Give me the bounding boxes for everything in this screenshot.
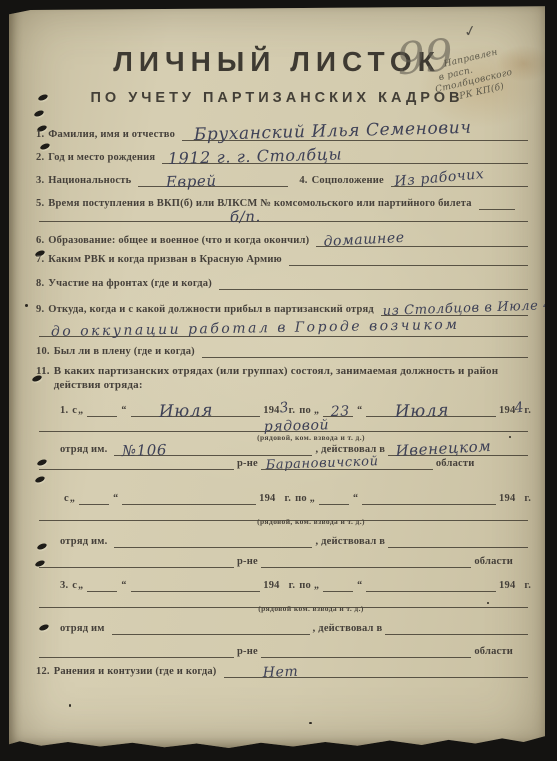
entry-1-year-from-printed: 194 [263, 404, 279, 417]
entry-3-to-word: по [299, 579, 311, 592]
open-quote: „ [78, 579, 83, 592]
entry-3-month-to-line [366, 577, 496, 592]
paper-speck [309, 722, 312, 724]
scanned-form-page: ЛИЧНЫЙ ЛИСТОК ПО УЧЕТУ ПАРТИЗАНСКИХ КАДР… [9, 4, 545, 748]
entry-3-year-from-handwritten [279, 589, 288, 590]
open-quote: „ [78, 404, 83, 417]
entry-1-unit-line: №106 [114, 441, 312, 456]
item-6-handwritten-value: домашнее [324, 232, 406, 249]
entry-3-oblast-label: области [474, 645, 513, 658]
entry-2-district-prefix-line [39, 553, 234, 568]
entry-3-district-label: р-не [237, 645, 258, 658]
item-9-handwritten-value-2: до оккупации работал в Городе возчиком [51, 319, 460, 339]
entry-2-year-to-printed: 194 [499, 492, 515, 505]
entry-2-operated-line [388, 533, 528, 548]
binding-hole [34, 475, 45, 483]
item-10-field-line [202, 343, 528, 358]
entry-2-district-label: р-не [237, 555, 258, 568]
entry-2-operated-label: , действовал в [315, 535, 385, 548]
form-item-7: 7. Каким РВК и когда призван в Красную А… [36, 251, 531, 266]
entry-1-district-prefix-line [39, 455, 234, 470]
entry-2-month-to-line [362, 490, 496, 505]
entry-3-day-from-line [87, 577, 117, 592]
item-10-number: 10. [36, 345, 50, 358]
item-1-field-line: Бруханский Илья Семенович [182, 126, 528, 141]
item-3-label: Национальность [48, 174, 131, 187]
item-4-field-line: Из рабочих [391, 172, 528, 187]
entry-1-day-to-line: 23 [323, 402, 353, 417]
entry-2-district-line [261, 553, 471, 568]
open-quote: „ [310, 492, 315, 505]
entry-3-year-from-suffix: г. [289, 579, 296, 592]
entry-1-oblast-label: области [436, 457, 475, 470]
item-4-label: Соцположение [312, 174, 384, 187]
entry-1-from-word: с [72, 404, 77, 417]
form-item-12: 12. Ранения и контузии (где и когда) Нет [36, 663, 531, 678]
entry-1-month-from-line: Июля [131, 402, 261, 417]
item-4-handwritten-value: Из рабочих [394, 168, 485, 189]
entry-1-operated-line: Ивенецком [388, 441, 528, 456]
entry-2-year-from-suffix: г. [284, 492, 291, 505]
service-entry-2-district: р-не области [36, 553, 531, 568]
service-entry-3-unit: отряд им , действовал в [36, 620, 531, 635]
item-9-field-line-2: до оккупации работал в Городе возчиком [39, 322, 528, 337]
item-4-number: 4. [299, 174, 307, 187]
entry-2-unit-line [114, 533, 312, 548]
entry-3-year-to-suffix: г. [524, 579, 531, 592]
form-item-10: 10. Был ли в плену (где и когда) [36, 343, 531, 358]
entry-1-position-value: рядовой [264, 419, 330, 434]
item-3-field-line: Еврей [138, 172, 288, 187]
entry-2-year-from-printed: 194 [259, 492, 275, 505]
entry-2-year-to-suffix: г. [524, 492, 531, 505]
form-item-8: 8. Участие на фронтах (где и когда) [36, 275, 531, 290]
form-item-11: 11. В каких партизанских отрядах (или гр… [36, 364, 532, 392]
service-entry-1-unit: отряд им. №106 , действовал в Ивенецком [36, 441, 531, 456]
paper-speck [25, 304, 28, 307]
entry-2-to-word: по [295, 492, 307, 505]
close-quote: “ [121, 579, 126, 592]
item-12-handwritten-value: Нет [263, 666, 299, 680]
item-11-label: В каких партизанских отрядах (или группа… [54, 364, 528, 392]
entry-2-month-from-line [122, 490, 256, 505]
entry-3-day-to-line [323, 577, 353, 592]
item-9-label: Откуда, когда и с какой должности прибыл… [48, 303, 374, 316]
entry-3-year-to-handwritten [515, 589, 524, 590]
service-entry-1-dates: 1. с „ “ Июля 1943г. по „ 23 “ Июля 1944… [36, 402, 531, 417]
item-7-label: Каким РВК и когда призван в Красную Арми… [48, 253, 282, 266]
item-8-label: Участие на фронтах (где и когда) [48, 277, 212, 290]
entry-1-to-word: по [299, 404, 311, 417]
item-1-handwritten-value: Бруханский Илья Семенович [194, 122, 472, 142]
entry-3-year-to-printed: 194 [499, 579, 515, 592]
entry-2-day-from-line [79, 490, 109, 505]
entry-1-district-label: р-не [237, 457, 258, 470]
entry-1-month-to-line: Июля [366, 402, 496, 417]
item-10-label: Был ли в плену (где и когда) [54, 345, 195, 358]
form-item-6: 6. Образование: общее и военное (что и к… [36, 232, 531, 247]
service-entry-2-unit: отряд им. , действовал в [36, 533, 531, 548]
entry-1-index: 1. [60, 404, 68, 417]
form-item-2: 2. Год и место рождения 1912 г. г. Столб… [36, 149, 531, 164]
entry-3-index: 3. [60, 579, 68, 592]
form-item-5-continuation: б/п. [36, 207, 531, 222]
item-12-label: Ранения и контузии (где и когда) [54, 665, 217, 678]
item-8-field-line [219, 275, 528, 290]
item-1-label: Фамилия, имя и отчество [48, 128, 175, 141]
item-2-field-line: 1912 г. г. Столбцы [162, 149, 528, 164]
item-7-number: 7. [36, 253, 44, 266]
item-8-number: 8. [36, 277, 44, 290]
item-7-field-line [289, 251, 528, 266]
close-quote: “ [357, 579, 362, 592]
service-entry-1-position: рядовой [36, 417, 531, 432]
item-9-handwritten-value-1: из Столбцов в Июле 43 г. [382, 298, 557, 318]
entry-2-position-caption: (рядовой, ком. взвода и т. д.) [36, 517, 531, 526]
entry-2-day-to-line [319, 490, 349, 505]
entry-1-position-line: рядовой [39, 417, 528, 432]
entry-3-unit-line [112, 620, 310, 635]
form-item-9-continuation: до оккупации работал в Городе возчиком [36, 322, 531, 337]
close-quote: “ [353, 492, 358, 505]
entry-2-oblast-label: области [474, 555, 513, 568]
service-entry-1-district: р-не Барановичской области [36, 455, 531, 470]
entry-2-unit-label: отряд им. [60, 535, 107, 548]
checkmark-annotation: ✓ [462, 21, 478, 41]
item-3-handwritten-value: Еврей [166, 175, 217, 189]
paper-speck [69, 704, 71, 707]
item-12-number: 12. [36, 665, 50, 678]
open-quote: „ [70, 492, 75, 505]
entry-3-unit-label: отряд им [60, 622, 105, 635]
item-5-handwritten-value: б/п. [229, 210, 260, 224]
entry-2-year-from-handwritten [275, 502, 284, 503]
entry-3-year-from-printed: 194 [263, 579, 279, 592]
item-1-number: 1. [36, 128, 44, 141]
entry-3-district-prefix-line [39, 643, 234, 658]
item-2-handwritten-value: 1912 г. г. Столбцы [168, 147, 343, 165]
entry-1-year-to-handwritten: 4 [514, 401, 525, 415]
service-entry-3-district: р-не области [36, 643, 531, 658]
entry-1-year-to-printed: 194 [499, 404, 515, 417]
form-item-1: 1. Фамилия, имя и отчество Бруханский Ил… [36, 126, 531, 141]
open-quote: „ [314, 404, 319, 417]
item-2-number: 2. [36, 151, 44, 164]
item-2-label: Год и место рождения [48, 151, 155, 164]
item-12-field-line: Нет [224, 663, 529, 678]
entry-3-operated-label: , действовал в [313, 622, 383, 635]
item-6-number: 6. [36, 234, 44, 247]
close-quote: “ [113, 492, 118, 505]
form-items-3-4: 3. Национальность Еврей 4. Соцположение … [36, 172, 531, 187]
close-quote: “ [357, 404, 362, 417]
entry-1-district-value: Барановичской [265, 455, 378, 472]
item-5-field-line-2: б/п. [39, 207, 528, 222]
entry-2-from-word: с [64, 492, 69, 505]
entry-1-day-from-line [87, 402, 117, 417]
entry-3-from-word: с [72, 579, 77, 592]
entry-1-year-from-handwritten: 3 [278, 401, 289, 415]
entry-1-district-line: Барановичской [261, 455, 433, 470]
item-9-number: 9. [36, 303, 44, 316]
form-item-9: 9. Откуда, когда и с какой должности при… [36, 301, 531, 316]
item-9-field-line: из Столбцов в Июле 43 г. [381, 301, 528, 316]
service-entry-2-dates: с „ “ 194г. по „ “ 194г. [36, 490, 531, 505]
entry-3-position-caption: (рядовой ком. взвода и т. д.) [36, 604, 531, 613]
entry-3-month-from-line [131, 577, 261, 592]
entry-1-year-to-suffix: г. [524, 404, 531, 417]
open-quote: „ [314, 579, 319, 592]
binding-hole [33, 109, 44, 117]
close-quote: “ [121, 404, 126, 417]
item-6-label: Образование: общее и военное (что и когд… [48, 234, 309, 247]
entry-2-year-to-handwritten [515, 502, 524, 503]
item-11-number: 11. [36, 364, 50, 378]
service-entry-3-dates: 3. с „ “ 194г. по „ “ 194г. [36, 577, 531, 592]
entry-3-operated-line [385, 620, 528, 635]
item-6-field-line: домашнее [316, 232, 528, 247]
entry-3-district-line [261, 643, 471, 658]
item-3-number: 3. [36, 174, 44, 187]
